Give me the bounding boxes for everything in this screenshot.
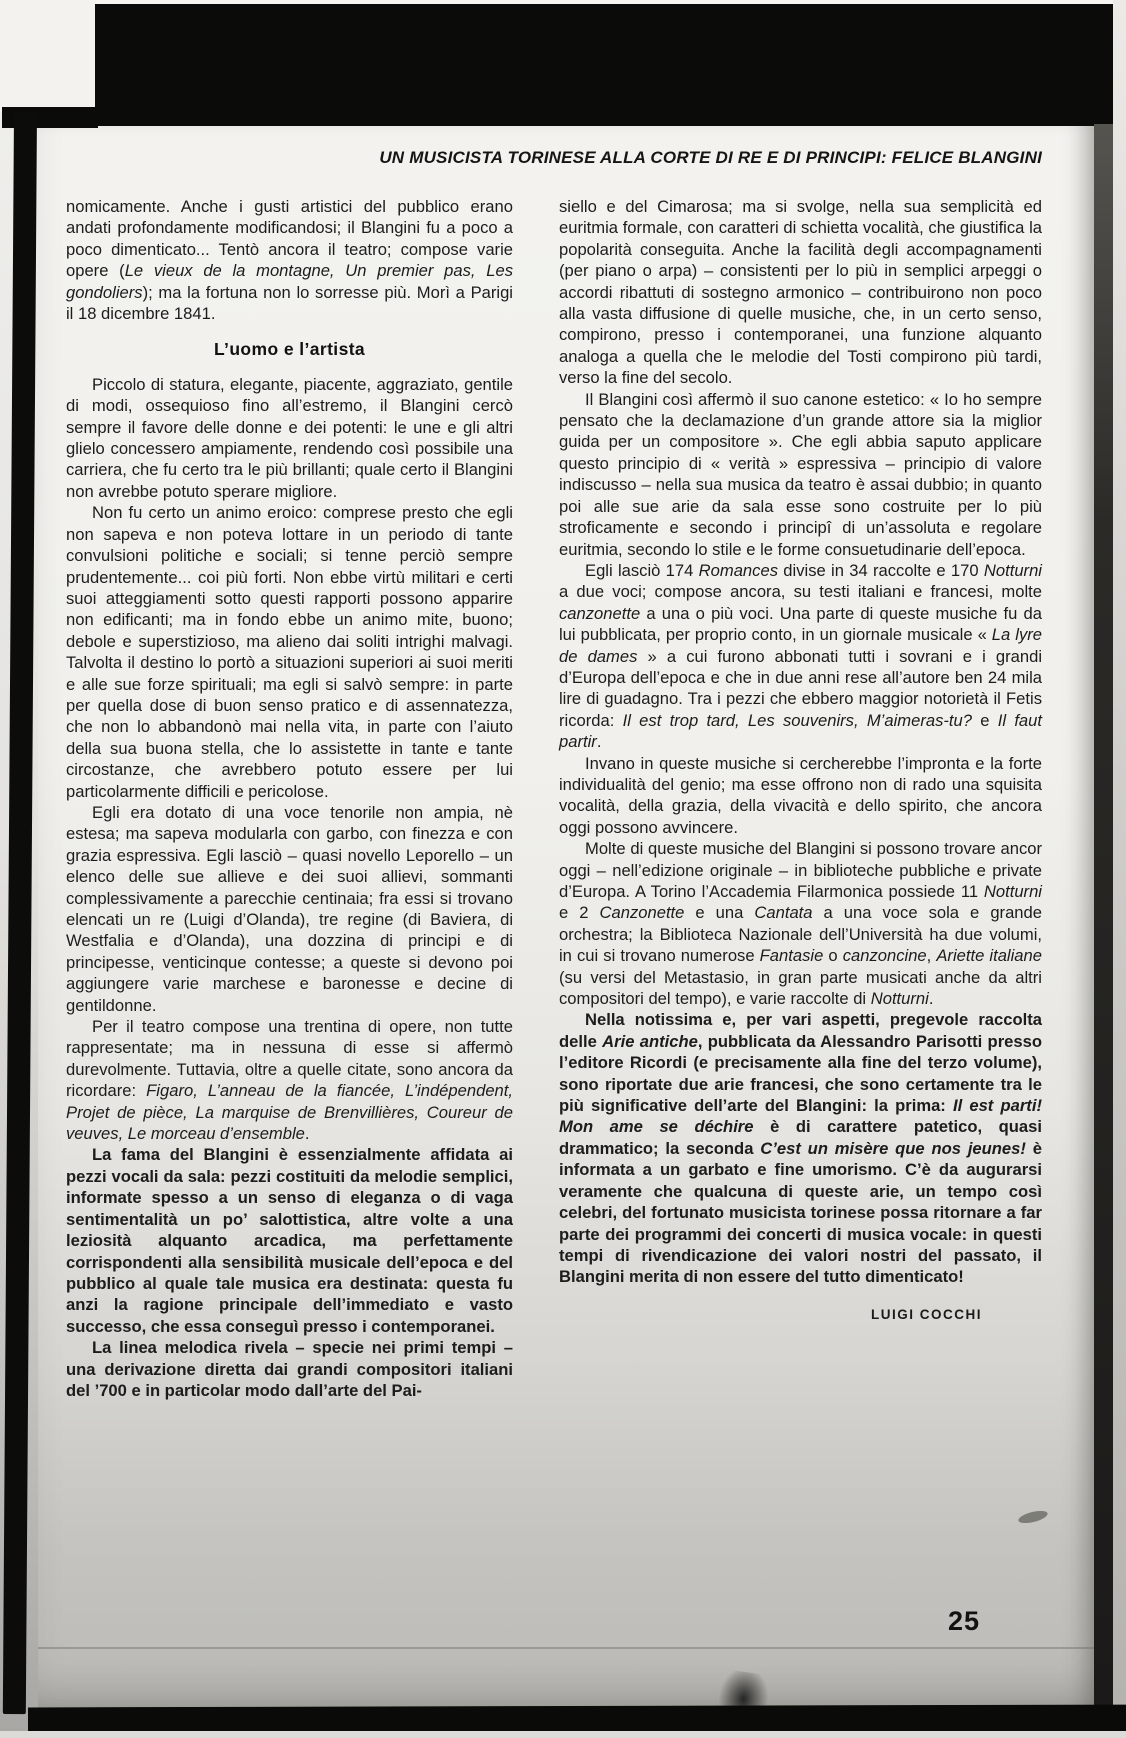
- text-run: .: [597, 732, 602, 751]
- section-heading: L’uomo e l’artista: [66, 339, 513, 360]
- paragraph: Per il teatro compose una trentina di op…: [66, 1016, 513, 1144]
- text-run: La fama del Blangini è essenzialmente af…: [66, 1145, 513, 1335]
- right-column: siello e del Cimarosa; ma si svolge, nel…: [559, 196, 1042, 1401]
- text-run: e 2: [559, 903, 600, 922]
- work-title: Notturni: [984, 561, 1042, 580]
- right-column-blocks: siello e del Cimarosa; ma si svolge, nel…: [559, 196, 1042, 1288]
- paragraph: Piccolo di statura, elegante, piacente, …: [66, 374, 513, 502]
- text-run: .: [305, 1124, 310, 1143]
- paragraph: Egli lasciò 174 Romances divise in 34 ra…: [559, 560, 1042, 753]
- text-run: La linea melodica rivela – specie nei pr…: [66, 1338, 513, 1400]
- work-title: Notturni: [984, 882, 1042, 901]
- scan-top-left-corner: [0, 0, 96, 112]
- bottom-black-band: [28, 1705, 1126, 1735]
- text-run: divise in 34 raccolte e 170: [778, 561, 984, 580]
- paragraph: La linea melodica rivela – specie nei pr…: [66, 1337, 513, 1401]
- paragraph: siello e del Cimarosa; ma si svolge, nel…: [559, 196, 1042, 389]
- work-title: Romances: [699, 561, 778, 580]
- scanned-page: { "header": { "title": "UN MUSICISTA TOR…: [0, 0, 1126, 1738]
- paragraph: Invano in queste musiche si cercherebbe …: [559, 753, 1042, 839]
- text-run: Il Blangini così affermò il suo canone e…: [559, 390, 1042, 559]
- author-signature: LUIGI COCCHI: [559, 1304, 1042, 1325]
- left-column: nomicamente. Anche i gusti artistici del…: [66, 196, 513, 1401]
- left-column-blocks: nomicamente. Anche i gusti artistici del…: [66, 196, 513, 1401]
- text-run: Invano in queste musiche si cercherebbe …: [559, 754, 1042, 837]
- text-run: o: [823, 946, 842, 965]
- text-run: Molte di queste musiche del Blangini si …: [559, 839, 1042, 901]
- work-title: canzoncine: [843, 946, 927, 965]
- scan-bottom-margin: [0, 1731, 1126, 1738]
- page-edge-line: [38, 1647, 1094, 1649]
- work-title: Canzonette: [600, 903, 685, 922]
- text-run: a due voci; compose ancora, su testi ita…: [559, 582, 1042, 601]
- text-run: Non fu certo un animo eroico: comprese p…: [66, 503, 513, 800]
- text-run: e: [972, 711, 998, 730]
- text-run: Piccolo di statura, elegante, piacente, …: [66, 375, 513, 501]
- running-head: UN MUSICISTA TORINESE ALLA CORTE DI RE E…: [38, 148, 1042, 168]
- text-run: siello e del Cimarosa; ma si svolge, nel…: [559, 197, 1042, 387]
- text-run: è informata a un garbato e fine umorismo…: [559, 1139, 1042, 1286]
- text-run: .: [929, 989, 934, 1008]
- page-paper: UN MUSICISTA TORINESE ALLA CORTE DI RE E…: [38, 124, 1094, 1708]
- work-title: Ariette italiane: [936, 946, 1042, 965]
- paragraph: Molte di queste musiche del Blangini si …: [559, 838, 1042, 1009]
- text-run: Egli era dotato di una voce tenorile non…: [66, 803, 513, 1015]
- right-edge-shadow: [1094, 124, 1113, 1708]
- text-run: ,: [927, 946, 937, 965]
- work-title: Arie antiche: [602, 1032, 698, 1051]
- top-black-band: [95, 4, 1113, 126]
- work-title: Notturni: [871, 989, 929, 1008]
- text-run: e una: [684, 903, 754, 922]
- work-title: Il est trop tard, Les souvenirs, M’aimer…: [623, 711, 972, 730]
- article-body: nomicamente. Anche i gusti artistici del…: [66, 196, 1042, 1401]
- work-title: Fantasie: [760, 946, 824, 965]
- page-number: 25: [948, 1606, 980, 1637]
- paragraph: nomicamente. Anche i gusti artistici del…: [66, 196, 513, 324]
- work-title: C’est un misère que nos jeunes!: [760, 1139, 1026, 1158]
- work-title: Cantata: [754, 903, 812, 922]
- text-run: (su versi del Metastasio, in gran parte …: [559, 968, 1042, 1008]
- paragraph: Il Blangini così affermò il suo canone e…: [559, 389, 1042, 560]
- paragraph: La fama del Blangini è essenzialmente af…: [66, 1144, 513, 1337]
- text-run: Egli lasciò 174: [585, 561, 699, 580]
- scan-right-margin: [1113, 0, 1126, 1738]
- paragraph: Egli era dotato di una voce tenorile non…: [66, 802, 513, 1016]
- paragraph: Non fu certo un animo eroico: comprese p…: [66, 502, 513, 802]
- work-title: canzonette: [559, 604, 640, 623]
- paragraph: Nella notissima e, per vari aspetti, pre…: [559, 1009, 1042, 1287]
